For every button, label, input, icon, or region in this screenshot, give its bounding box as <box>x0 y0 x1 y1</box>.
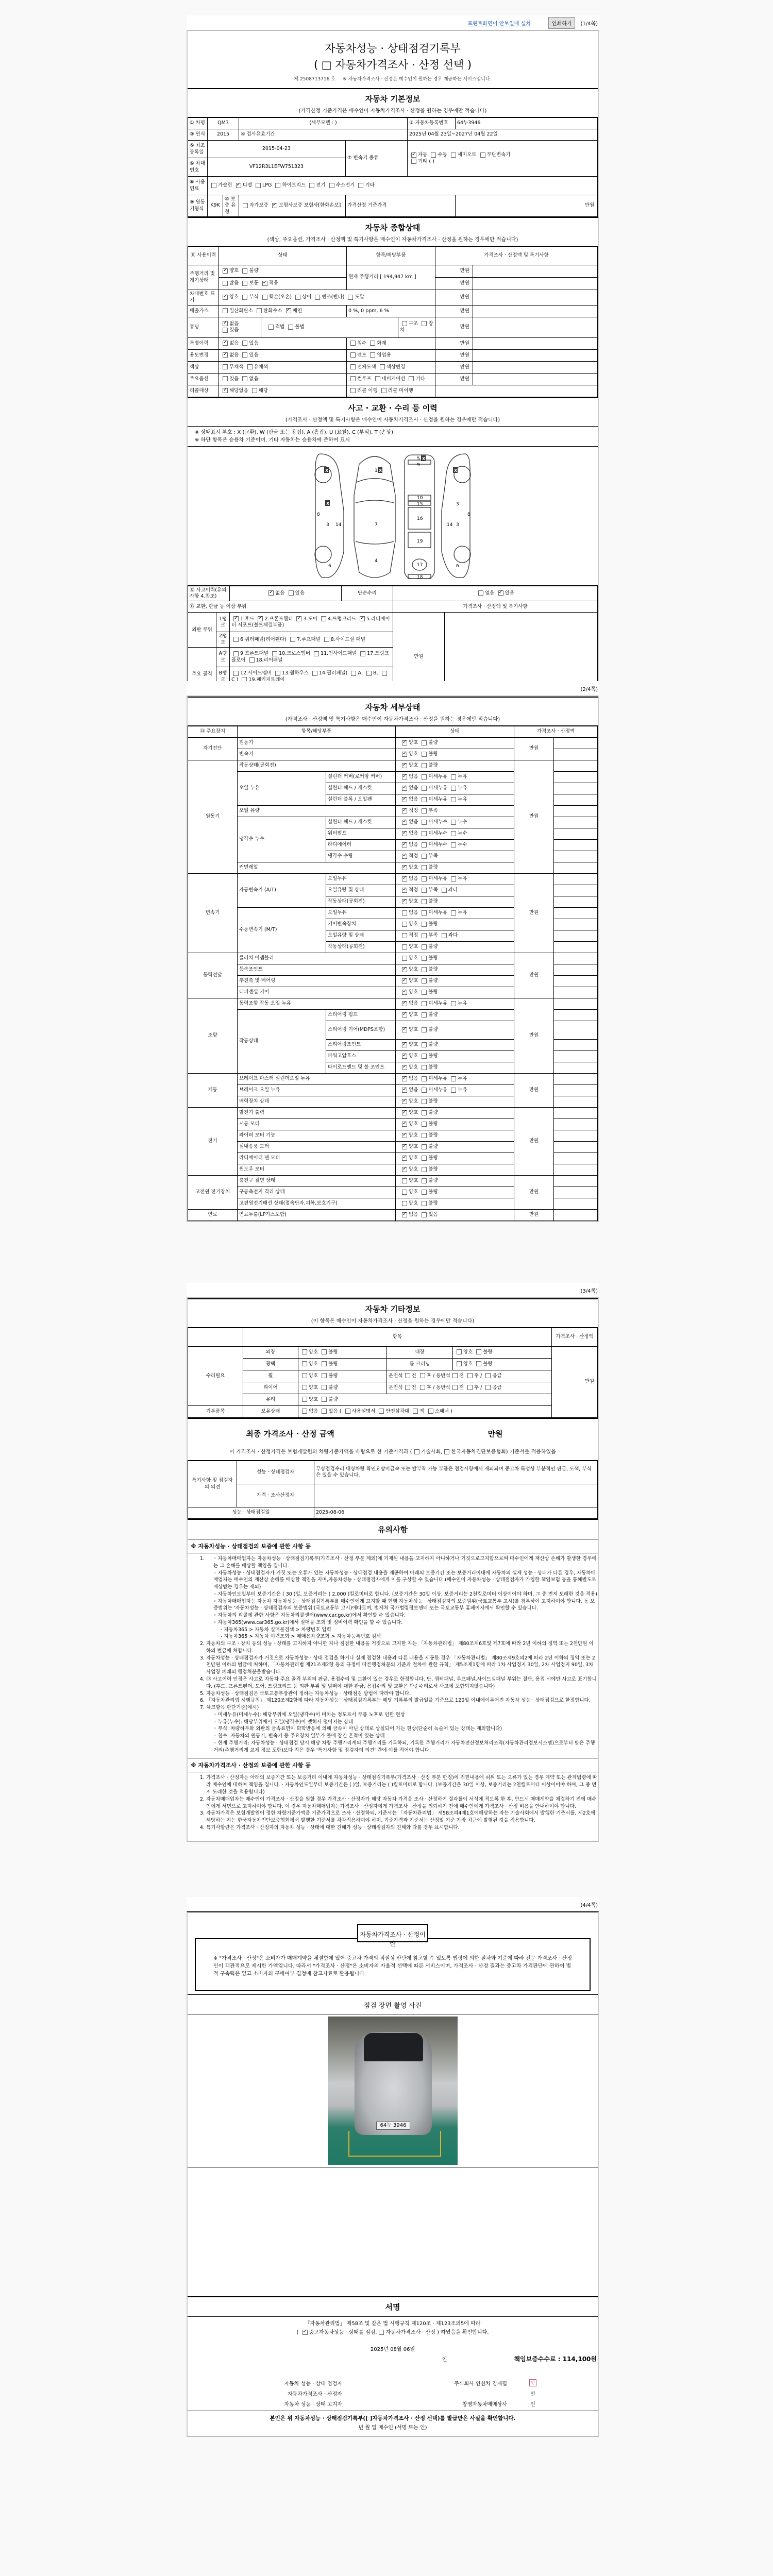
checkbox-label: 부식 <box>249 294 258 300</box>
checkbox[interactable] <box>223 388 228 393</box>
checkbox[interactable] <box>422 786 427 791</box>
checkbox[interactable] <box>422 1076 427 1081</box>
notes-section2-title: ※ 자동차가격조사 · 산정의 보증에 관한 사항 등 <box>188 1758 598 1772</box>
sheet-3: 자동차 기타정보 (이 항목은 매수인이 자동차가격조사 · 산정을 원하는 경… <box>187 1297 599 1842</box>
checkbox[interactable] <box>402 1167 407 1172</box>
fuel-label: ⑧ 사용 연료 <box>188 177 208 195</box>
checkbox[interactable] <box>242 341 247 346</box>
print-install-link[interactable]: 프린트화면이 안보일때 설치 <box>468 19 531 27</box>
checkbox-label: 구조 <box>409 321 418 327</box>
service-note: ※ 자동차가격조사 · 산정은 매수인이 원하는 경우 제공하는 서비스입니다. <box>343 77 491 82</box>
checkbox[interactable] <box>422 1065 427 1070</box>
checkbox[interactable] <box>275 671 280 676</box>
checkbox[interactable] <box>268 325 274 330</box>
checkbox-label: 세미오토 <box>458 152 477 158</box>
basis-checkbox-2[interactable] <box>444 1449 449 1454</box>
checkbox[interactable] <box>329 183 334 188</box>
checkbox[interactable] <box>402 944 407 950</box>
checkbox-label: 누유 <box>458 1076 467 1081</box>
checkbox[interactable] <box>422 922 427 927</box>
checkbox[interactable] <box>351 671 356 676</box>
checkbox[interactable] <box>402 978 407 984</box>
signer-row: 자동차 성능 · 상태 고지자창영자동차매매상사인 <box>188 2398 598 2409</box>
checkbox-label: 가솔린 <box>218 182 232 188</box>
checkbox[interactable] <box>375 376 380 381</box>
table-row: 자기진단원동기양호 불량 만원 <box>188 738 598 749</box>
checkbox[interactable] <box>324 637 329 642</box>
checkbox[interactable] <box>402 1178 407 1183</box>
checkbox[interactable] <box>223 352 228 358</box>
checkbox-label: 누유 <box>458 876 467 882</box>
checkbox[interactable] <box>295 295 300 300</box>
checkbox[interactable] <box>402 922 407 927</box>
signer-row: 자동차가격조사 · 산정자인 <box>188 2388 598 2398</box>
checkbox[interactable] <box>422 1201 427 1206</box>
checkbox[interactable] <box>350 364 356 369</box>
checkbox[interactable] <box>402 1110 407 1115</box>
legend-symbols: ※ 상태표시 부호 : X (교환), W (판금 또는 용접), A (흠집)… <box>195 429 591 436</box>
checkbox[interactable] <box>242 295 247 300</box>
checkbox[interactable] <box>350 376 356 381</box>
signer-role: 자동차 성능 · 상태 고지자 <box>188 2400 363 2408</box>
checkbox[interactable] <box>402 842 407 848</box>
notes-title: 유의사항 <box>188 1520 598 1535</box>
checkbox[interactable] <box>302 1397 307 1402</box>
checkbox[interactable] <box>314 651 319 656</box>
checkbox[interactable] <box>350 352 356 358</box>
checkbox[interactable] <box>233 637 239 642</box>
checkbox[interactable] <box>223 268 228 274</box>
checkbox-label: 불량 <box>328 1349 338 1355</box>
checkbox[interactable] <box>451 152 456 158</box>
checkbox[interactable] <box>451 876 456 882</box>
checkbox[interactable] <box>272 651 277 656</box>
checkbox[interactable] <box>422 763 427 768</box>
checkbox-label: 없음 <box>409 796 418 802</box>
checkbox[interactable] <box>422 933 427 938</box>
checkbox[interactable] <box>302 1361 307 1366</box>
checkbox[interactable] <box>258 616 263 621</box>
checkbox[interactable] <box>402 1042 407 1047</box>
checkbox[interactable] <box>360 616 365 621</box>
checkbox-label: 없음 <box>229 341 239 346</box>
checkbox[interactable] <box>402 1088 407 1093</box>
checkbox[interactable] <box>223 328 228 333</box>
checkbox-label: 부족 <box>428 808 438 814</box>
checkbox[interactable] <box>223 295 228 300</box>
checkbox-label: 양호 <box>409 1200 418 1206</box>
checkbox[interactable] <box>350 341 356 346</box>
checkbox[interactable] <box>452 1373 458 1378</box>
checkbox[interactable] <box>402 1201 407 1206</box>
checkbox[interactable] <box>321 616 326 621</box>
checkbox[interactable] <box>405 1385 410 1390</box>
checkbox[interactable] <box>402 1156 407 1161</box>
checkbox-label: 불량 <box>483 1349 492 1355</box>
checkbox[interactable] <box>431 152 436 158</box>
checkbox[interactable] <box>451 910 456 916</box>
checkbox-label: 부족 <box>428 887 438 893</box>
checkbox[interactable] <box>402 1076 407 1081</box>
checkbox[interactable] <box>451 774 456 779</box>
checkbox-label: 누유 <box>458 1087 467 1093</box>
checkbox[interactable] <box>422 1099 427 1104</box>
checkbox[interactable] <box>370 352 375 358</box>
document-subtitle: ( □ 자동차가격조사 · 산정 선택 ) <box>188 57 598 72</box>
checkbox[interactable] <box>422 876 427 882</box>
checkbox[interactable] <box>422 1001 427 1006</box>
checkbox[interactable] <box>422 944 427 950</box>
checkbox[interactable] <box>257 308 262 313</box>
checkbox[interactable] <box>405 1373 410 1378</box>
checkbox[interactable] <box>428 1409 433 1414</box>
checkbox[interactable] <box>402 967 407 972</box>
checkbox-label: 없음 <box>409 1212 418 1217</box>
checkbox[interactable] <box>402 797 407 802</box>
checkbox[interactable] <box>366 671 372 676</box>
checkbox[interactable] <box>236 183 241 188</box>
checkbox[interactable] <box>275 183 280 188</box>
signer-role: 자동차가격조사 · 산정자 <box>188 2389 363 2397</box>
checkbox[interactable] <box>422 1042 427 1047</box>
fuel-options: 가솔린 디젤 LPG 하이브리드 전기 수소전기 기타 <box>208 177 598 195</box>
checkbox-label: 불량 <box>428 921 438 927</box>
checkbox[interactable] <box>223 281 228 286</box>
checkbox[interactable] <box>309 183 314 188</box>
checkbox[interactable] <box>345 1409 350 1414</box>
checkbox[interactable] <box>467 1385 473 1390</box>
page-toolbar-2: (2/4쪽) <box>187 681 599 696</box>
note-item: 체크항목 판단기준(예시)미세누유(미세누수): 해당부위에 오일(냉각수)이 … <box>206 1704 598 1754</box>
checkbox[interactable] <box>380 364 385 369</box>
checkbox[interactable] <box>409 376 414 381</box>
checkbox[interactable] <box>402 763 407 768</box>
table-row: 용도변경없음 있음 렌트 영업용 만원 <box>188 349 598 361</box>
checkbox[interactable] <box>242 376 247 381</box>
checkbox[interactable] <box>302 1385 307 1390</box>
checkbox[interactable] <box>402 956 407 961</box>
checkbox[interactable] <box>402 1099 407 1104</box>
checkbox[interactable] <box>288 325 293 330</box>
checkbox[interactable] <box>233 671 239 676</box>
overall-col-history: ⑪ 사용이력 <box>188 247 219 265</box>
checkbox[interactable] <box>422 797 427 802</box>
checkbox[interactable] <box>422 865 427 870</box>
checkbox[interactable] <box>256 183 261 188</box>
checkbox[interactable] <box>451 1076 456 1081</box>
checkbox[interactable] <box>402 786 407 791</box>
checkbox[interactable] <box>402 321 407 326</box>
checkbox-label: 탄화수소 <box>263 308 282 314</box>
checkbox[interactable] <box>402 1012 407 1018</box>
checkbox-label: 전 <box>412 1385 416 1391</box>
checkbox[interactable] <box>457 1361 462 1366</box>
signer-seal: 인 <box>517 2379 548 2386</box>
checkbox[interactable] <box>322 1373 327 1378</box>
checkbox[interactable] <box>223 364 228 369</box>
checkbox[interactable] <box>350 388 356 393</box>
checkbox-label: 전체도색 <box>357 364 376 370</box>
checkbox[interactable] <box>290 637 295 642</box>
checkbox[interactable] <box>422 1110 427 1115</box>
checkbox[interactable] <box>422 1156 427 1161</box>
checkbox[interactable] <box>457 1349 462 1354</box>
checkbox[interactable] <box>402 1122 407 1127</box>
checkbox[interactable] <box>402 854 407 859</box>
simple-repair-label: 단순수리 <box>342 586 393 601</box>
checkbox[interactable] <box>420 1385 425 1390</box>
checkbox-label: 있음 <box>295 590 305 596</box>
checkbox[interactable] <box>322 1397 327 1402</box>
checkbox[interactable] <box>451 1001 456 1006</box>
checkbox[interactable] <box>286 308 291 313</box>
checkbox[interactable] <box>422 1088 427 1093</box>
basis-checkbox-1[interactable] <box>414 1449 419 1454</box>
svg-text:16: 16 <box>417 516 423 521</box>
note-item: 자동차의 구조 · 장치 등의 성능 · 상태를 고지하지 아니한 자나 점검한… <box>206 1640 598 1655</box>
checkbox[interactable] <box>422 967 427 972</box>
checkbox[interactable] <box>302 1349 307 1354</box>
checkbox[interactable] <box>451 831 456 836</box>
checkbox[interactable] <box>422 808 427 814</box>
checkbox[interactable] <box>422 820 427 825</box>
print-button[interactable]: 인쇄하기 <box>548 17 576 29</box>
license-plate: 64누 3946 <box>376 2122 410 2130</box>
checkbox[interactable] <box>402 1065 407 1070</box>
checkbox[interactable] <box>322 1361 327 1366</box>
checkbox[interactable] <box>312 671 317 676</box>
checkbox[interactable] <box>296 616 301 621</box>
checkbox[interactable] <box>223 376 228 381</box>
checkbox[interactable] <box>370 341 375 346</box>
checkbox[interactable] <box>223 308 228 313</box>
checkbox[interactable] <box>402 1133 407 1138</box>
checkbox-label: 양호 <box>309 1373 318 1379</box>
checkbox[interactable] <box>262 281 267 286</box>
checkbox[interactable] <box>422 1027 427 1032</box>
checkbox-label: 미세누유 <box>428 785 447 791</box>
detail-title: 자동차 세부상태 <box>188 698 598 713</box>
checkbox[interactable] <box>402 752 407 757</box>
signer-name: 창영자동차매매상사 <box>363 2400 517 2408</box>
checkbox[interactable] <box>442 888 447 893</box>
checkbox[interactable] <box>211 183 216 188</box>
checkbox[interactable] <box>422 910 427 916</box>
checkbox[interactable] <box>402 1190 407 1195</box>
checkbox[interactable] <box>315 295 320 300</box>
checkbox[interactable] <box>420 1373 425 1378</box>
checkbox[interactable] <box>360 651 365 656</box>
checkbox[interactable] <box>422 978 427 984</box>
checkbox-label: 불량 <box>428 944 438 950</box>
device-group: 조향 <box>188 998 238 1074</box>
checkbox-label: 불량 <box>328 1385 338 1391</box>
checkbox[interactable] <box>402 740 407 745</box>
engine-label: ⑨ 원동 기형식 <box>188 195 208 217</box>
checkbox[interactable] <box>289 590 294 596</box>
checkbox[interactable] <box>422 1178 427 1183</box>
checkbox-label: 불량 <box>428 1166 438 1172</box>
checkbox[interactable] <box>422 831 427 836</box>
checkbox[interactable] <box>322 1409 327 1414</box>
checkbox-label: 양호 <box>409 1012 418 1018</box>
checkbox[interactable] <box>422 1122 427 1127</box>
checkbox[interactable] <box>422 1012 427 1018</box>
other-item-header: 항목 <box>243 1328 552 1347</box>
checkbox-label: 자가보증 <box>249 202 268 208</box>
checkbox[interactable] <box>249 657 255 663</box>
checkbox-label: 누수 <box>458 831 467 836</box>
law-text: 「자동차관리법」 제58조 및 같은 법 시행규칙 제120조 · 제123조의… <box>188 2319 598 2327</box>
checkbox[interactable] <box>242 268 247 274</box>
signature-title: 서명 <box>188 2297 598 2312</box>
checkbox[interactable] <box>402 1144 407 1149</box>
checkbox[interactable] <box>480 152 485 158</box>
checkbox[interactable] <box>422 956 427 961</box>
checkbox[interactable] <box>302 1373 307 1378</box>
checkbox[interactable] <box>268 590 274 596</box>
checkbox[interactable] <box>402 1212 407 1217</box>
checkbox[interactable] <box>402 876 407 882</box>
checkbox[interactable] <box>381 388 386 393</box>
checkbox[interactable] <box>485 1385 491 1390</box>
checkbox[interactable] <box>422 842 427 848</box>
notes-header: 유의사항 <box>188 1519 598 1539</box>
checkbox[interactable] <box>402 1054 407 1059</box>
checkbox[interactable] <box>233 651 239 656</box>
checkbox[interactable] <box>476 1361 481 1366</box>
confirm-checkbox-2[interactable] <box>379 2330 384 2335</box>
car-name-label: ① 차명 <box>188 118 208 129</box>
checkbox[interactable] <box>348 295 353 300</box>
checkbox[interactable] <box>451 842 456 848</box>
checkbox[interactable] <box>402 990 407 995</box>
checkbox[interactable] <box>402 899 407 904</box>
checkbox[interactable] <box>402 933 407 938</box>
note-bullet: 자동차성능 · 상태점검자가 거짓 또는 오류가 있는 자동차성능 · 상태점검… <box>213 1570 598 1591</box>
checkbox[interactable] <box>422 1144 427 1149</box>
checkbox[interactable] <box>422 1190 427 1195</box>
checkbox[interactable] <box>358 183 363 188</box>
checkbox[interactable] <box>272 203 277 208</box>
checkbox[interactable] <box>485 1373 491 1378</box>
vin-label: ⑥ 차대 번호 <box>188 158 208 177</box>
checkbox[interactable] <box>442 933 447 938</box>
checkbox[interactable] <box>422 774 427 779</box>
pricing-info-box: 자동차가격조사 · 산정이란 ※ "가격조사 · 산정"은 소비자가 매매계약을… <box>195 1938 591 1991</box>
note-bullet: 자동차인도일부터 보증기간은 ( 30 )일, 보증거리는 ( 2,000 )킬… <box>213 1591 598 1598</box>
checkbox[interactable] <box>302 1409 307 1414</box>
checkbox[interactable] <box>478 590 483 596</box>
checkbox-label: 불량 <box>428 1012 438 1018</box>
photo-container: 64누 3946 <box>188 2014 598 2167</box>
checkbox[interactable] <box>422 321 427 326</box>
checkbox-label: 있음 <box>428 1212 438 1217</box>
checkbox[interactable] <box>422 1133 427 1138</box>
appraiser-label: 가격 · 조사산정자 <box>237 1484 314 1507</box>
checkbox[interactable] <box>402 865 407 870</box>
checkbox[interactable] <box>422 752 427 757</box>
checkbox-label: 수소전기 <box>336 182 355 188</box>
checkbox[interactable] <box>242 352 247 358</box>
checkbox-label: 미세누유 <box>428 910 447 916</box>
checkbox[interactable] <box>422 1212 427 1217</box>
checkbox[interactable] <box>243 203 248 208</box>
checkbox[interactable] <box>402 831 407 836</box>
checkbox-label: 없음 <box>229 352 239 358</box>
year-value: 2015 <box>208 129 239 141</box>
checkbox[interactable] <box>451 797 456 802</box>
checkbox[interactable] <box>467 1373 473 1378</box>
checkbox[interactable] <box>379 1409 384 1414</box>
checkbox[interactable] <box>422 990 427 995</box>
checkbox-label: 누유 <box>458 774 467 779</box>
checkbox-label: 양호 <box>409 1144 418 1149</box>
checkbox-label: 12.사이드멤버 <box>240 670 272 676</box>
checkbox[interactable] <box>382 671 387 676</box>
checkbox[interactable] <box>451 1088 456 1093</box>
checkbox[interactable] <box>451 820 456 825</box>
table-row: 주요옵션있음 없음 썬루프 네비게이션 기타 만원 <box>188 373 598 385</box>
accident-subtitle: (가격조사 · 산정액 및 특기사항은 매수인이 자동차가격조사 · 산정을 원… <box>188 413 598 426</box>
checkbox[interactable] <box>402 820 407 825</box>
vin-value: VF12R3L1EFW751323 <box>208 158 346 177</box>
confirm-checkbox-1[interactable] <box>303 2330 308 2335</box>
checkbox[interactable] <box>402 1001 407 1006</box>
checkbox[interactable] <box>498 590 503 596</box>
legend-note: ※ 하단 항목은 승용차 기준이며, 기타 자동차는 승용차에 준하여 표시 <box>195 436 591 444</box>
checkbox[interactable] <box>413 1409 418 1414</box>
device-group: 고전원 전기장치 <box>188 1176 238 1210</box>
checkbox[interactable] <box>411 152 416 158</box>
checkbox-label: 양호 <box>409 921 418 927</box>
checkbox[interactable] <box>422 1167 427 1172</box>
checkbox-label: 기타 ( ) <box>418 159 434 164</box>
checkbox[interactable] <box>422 888 427 893</box>
checkbox-label: 불량 <box>428 762 438 768</box>
checkbox[interactable] <box>223 321 228 326</box>
device-group: 제동 <box>188 1074 238 1108</box>
checkbox[interactable] <box>422 740 427 745</box>
basic-info-subtitle: (가격산정 기준가격은 매수인이 자동차가격조사 · 산정을 원하는 경우에만 … <box>188 104 598 117</box>
checkbox[interactable] <box>402 888 407 893</box>
checkbox[interactable] <box>411 159 416 164</box>
checkbox[interactable] <box>233 616 239 621</box>
checkbox[interactable] <box>452 1385 458 1390</box>
checkbox-label: 양호 <box>409 978 418 984</box>
checkbox[interactable] <box>322 1385 327 1390</box>
rank-label: A랭크 <box>216 648 230 667</box>
checkbox[interactable] <box>402 910 407 916</box>
checkbox[interactable] <box>422 1054 427 1059</box>
checkbox[interactable] <box>402 774 407 779</box>
checkbox[interactable] <box>247 364 253 369</box>
checkbox[interactable] <box>223 341 228 346</box>
checkbox[interactable] <box>451 786 456 791</box>
checkbox[interactable] <box>262 295 267 300</box>
device-group: 변속기 <box>188 874 238 953</box>
sheet-2: 자동차 세부상태 (가격조사 · 산정액 및 특기사항은 매수인이 자동차가격조… <box>187 696 599 1222</box>
checkbox[interactable] <box>402 1027 407 1032</box>
checkbox[interactable] <box>422 899 427 904</box>
checkbox[interactable] <box>402 808 407 814</box>
checkbox[interactable] <box>476 1349 481 1354</box>
checkbox[interactable] <box>252 388 257 393</box>
checkbox[interactable] <box>422 854 427 859</box>
checkbox-label: 후 / <box>474 1373 482 1379</box>
checkbox[interactable] <box>322 1349 327 1354</box>
checkbox[interactable] <box>242 281 247 286</box>
